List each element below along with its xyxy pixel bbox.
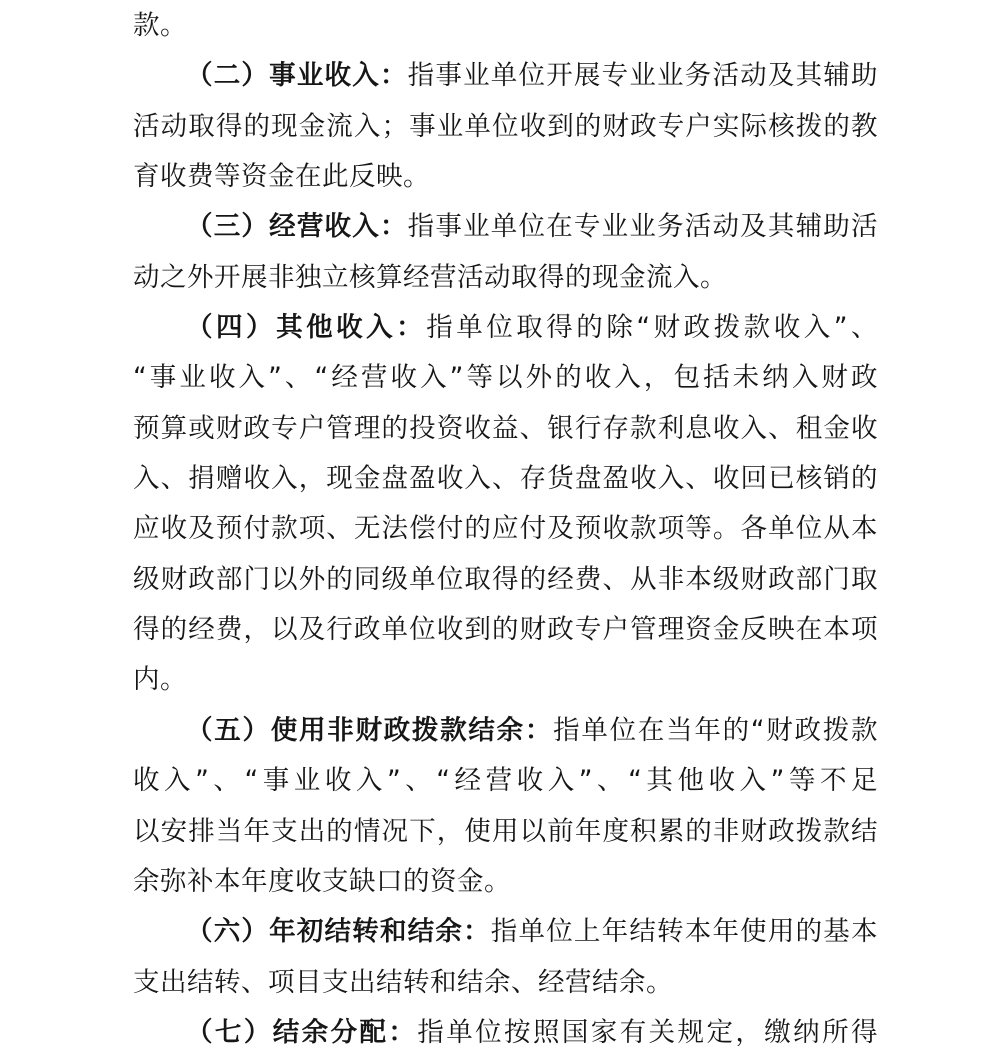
text-line: 以安排当年支出的情况下，使用以前年度积累的非财政拨款结 bbox=[133, 807, 878, 857]
paragraph-heading: （二）事业收入： bbox=[186, 60, 408, 91]
paragraph-heading: （三）经营收入： bbox=[186, 211, 408, 242]
text-line: “事业收入”、“经营收入”等以外的收入，包括未纳入财政 bbox=[133, 353, 878, 403]
text-line: 育收费等资金在此反映。 bbox=[133, 152, 878, 202]
text-line: （五）使用非财政拨款结余：指单位在当年的“财政拨款 bbox=[133, 706, 878, 756]
document-page: 款。（二）事业收入：指事业单位开展专业业务活动及其辅助活动取得的现金流入；事业单… bbox=[0, 0, 1000, 1059]
text-line: 动之外开展非独立核算经营活动取得的现金流入。 bbox=[133, 253, 878, 303]
text-line: 支出结转、项目支出结转和结余、经营结余。 bbox=[133, 958, 878, 1008]
text-line: （三）经营收入：指事业单位在专业业务活动及其辅助活 bbox=[133, 202, 878, 252]
text-line: （七）结余分配：指单位按照国家有关规定，缴纳所得税、 bbox=[133, 1008, 878, 1058]
paragraph-heading: （七）结余分配： bbox=[186, 1017, 417, 1048]
text-line: 活动取得的现金流入；事业单位收到的财政专户实际核拨的教 bbox=[133, 102, 878, 152]
text-line: （六）年初结转和结余：指单位上年结转本年使用的基本 bbox=[133, 907, 878, 957]
text-line: 预算或财政专户管理的投资收益、银行存款利息收入、租金收 bbox=[133, 404, 878, 454]
text-line: 入、捐赠收入，现金盘盈收入、存货盘盈收入、收回已核销的 bbox=[133, 454, 878, 504]
text-line: 应收及预付款项、无法偿付的应付及预收款项等。各单位从本 bbox=[133, 504, 878, 554]
paragraph-heading: （四）其他收入： bbox=[186, 312, 426, 343]
text-line: 收入”、“事业收入”、“经营收入”、“其他收入”等不足 bbox=[133, 756, 878, 806]
text-line: 级财政部门以外的同级单位取得的经费、从非本级财政部门取 bbox=[133, 555, 878, 605]
text-line: （二）事业收入：指事业单位开展专业业务活动及其辅助 bbox=[133, 51, 878, 101]
text-line: 得的经费，以及行政单位收到的财政专户管理资金反映在本项 bbox=[133, 605, 878, 655]
document-body: 款。（二）事业收入：指事业单位开展专业业务活动及其辅助活动取得的现金流入；事业单… bbox=[133, 1, 878, 1058]
text-line: （四）其他收入：指单位取得的除“财政拨款收入”、 bbox=[133, 303, 878, 353]
paragraph-heading: （五）使用非财政拨款结余： bbox=[186, 715, 553, 746]
text-line: 款。 bbox=[133, 1, 878, 51]
text-line: 余弥补本年度收支缺口的资金。 bbox=[133, 857, 878, 907]
paragraph-heading: （六）年初结转和结余： bbox=[186, 916, 491, 947]
text-line: 内。 bbox=[133, 655, 878, 705]
